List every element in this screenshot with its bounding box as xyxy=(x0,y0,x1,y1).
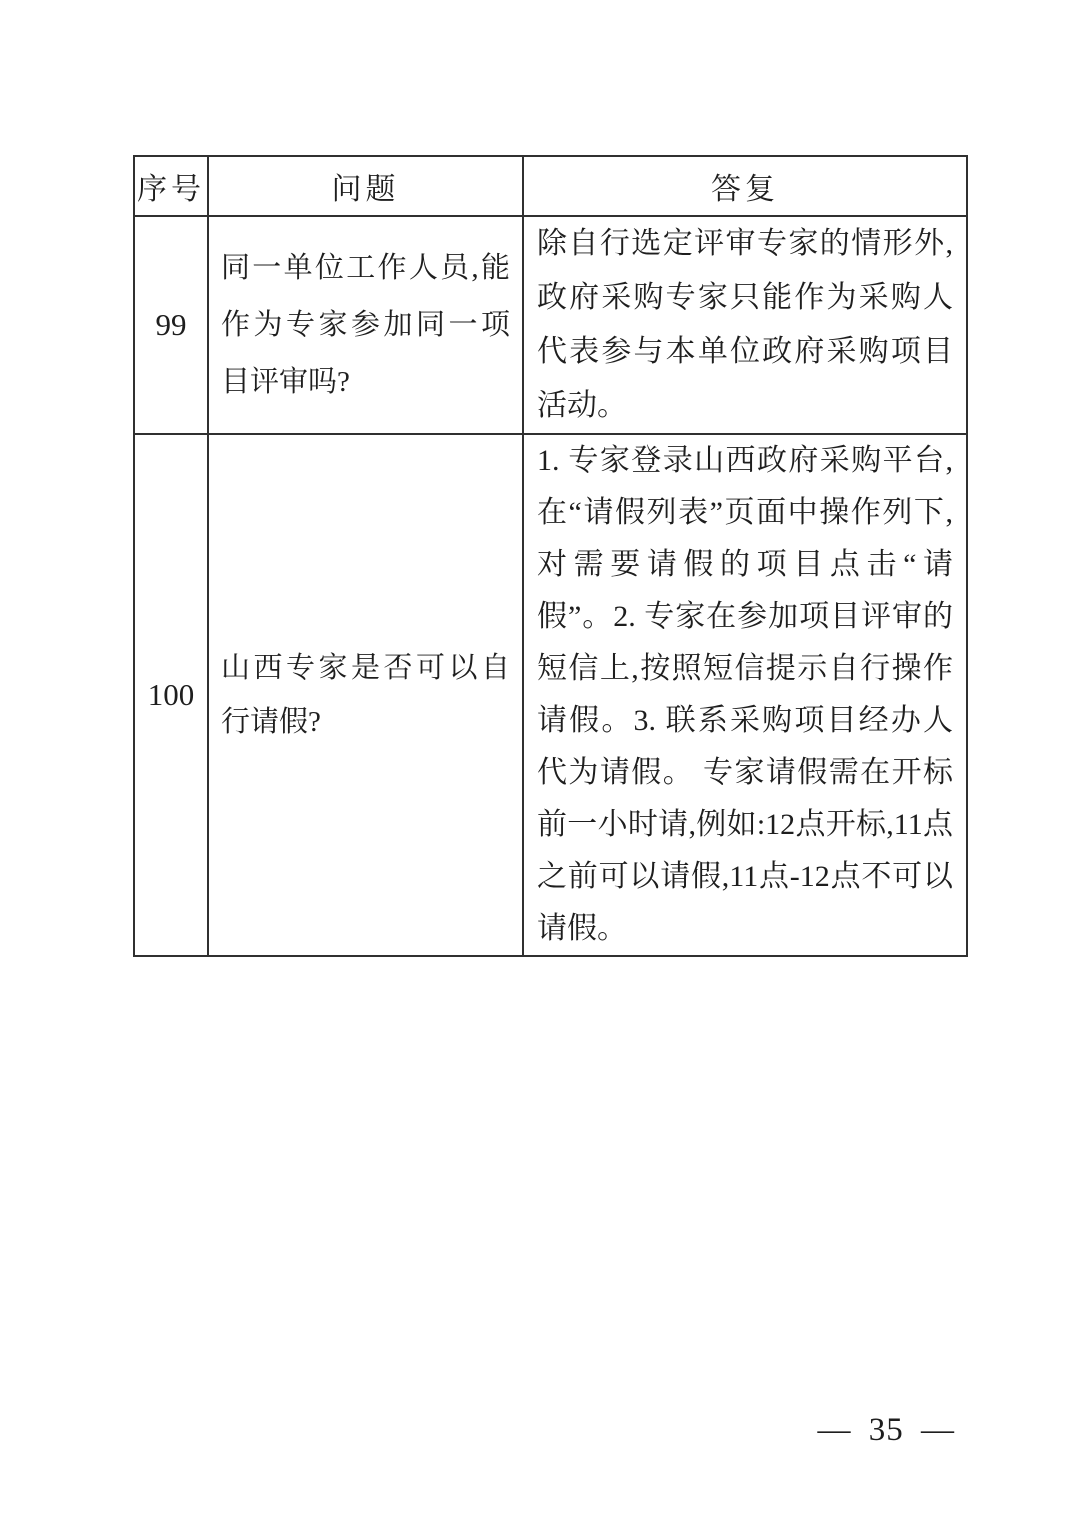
header-question: 问题 xyxy=(208,156,523,216)
row-question: 同一单位工作人员,能作为专家参加同一项目评审吗? xyxy=(208,216,523,434)
table-row: 100 山西专家是否可以自行请假? 1. 专家登录山西政府采购平台,在“请假列表… xyxy=(134,434,967,956)
table-header-row: 序号 问题 答复 xyxy=(134,156,967,216)
row-answer: 除自行选定评审专家的情形外,政府采购专家只能作为采购人代表参与本单位政府采购项目… xyxy=(523,216,967,434)
row-answer: 1. 专家登录山西政府采购平台,在“请假列表”页面中操作列下,对需要请假的项目点… xyxy=(523,434,967,956)
row-index: 99 xyxy=(134,216,208,434)
faq-table: 序号 问题 答复 99 同一单位工作人员,能作为专家参加同一项目评审吗? 除自行… xyxy=(133,155,968,957)
row-question: 山西专家是否可以自行请假? xyxy=(208,434,523,956)
table-row: 99 同一单位工作人员,能作为专家参加同一项目评审吗? 除自行选定评审专家的情形… xyxy=(134,216,967,434)
page-number: — 35 — xyxy=(818,1412,956,1449)
header-answer: 答复 xyxy=(523,156,967,216)
document-page: 序号 问题 答复 99 同一单位工作人员,能作为专家参加同一项目评审吗? 除自行… xyxy=(0,0,1092,1535)
header-index: 序号 xyxy=(134,156,208,216)
row-index: 100 xyxy=(134,434,208,956)
